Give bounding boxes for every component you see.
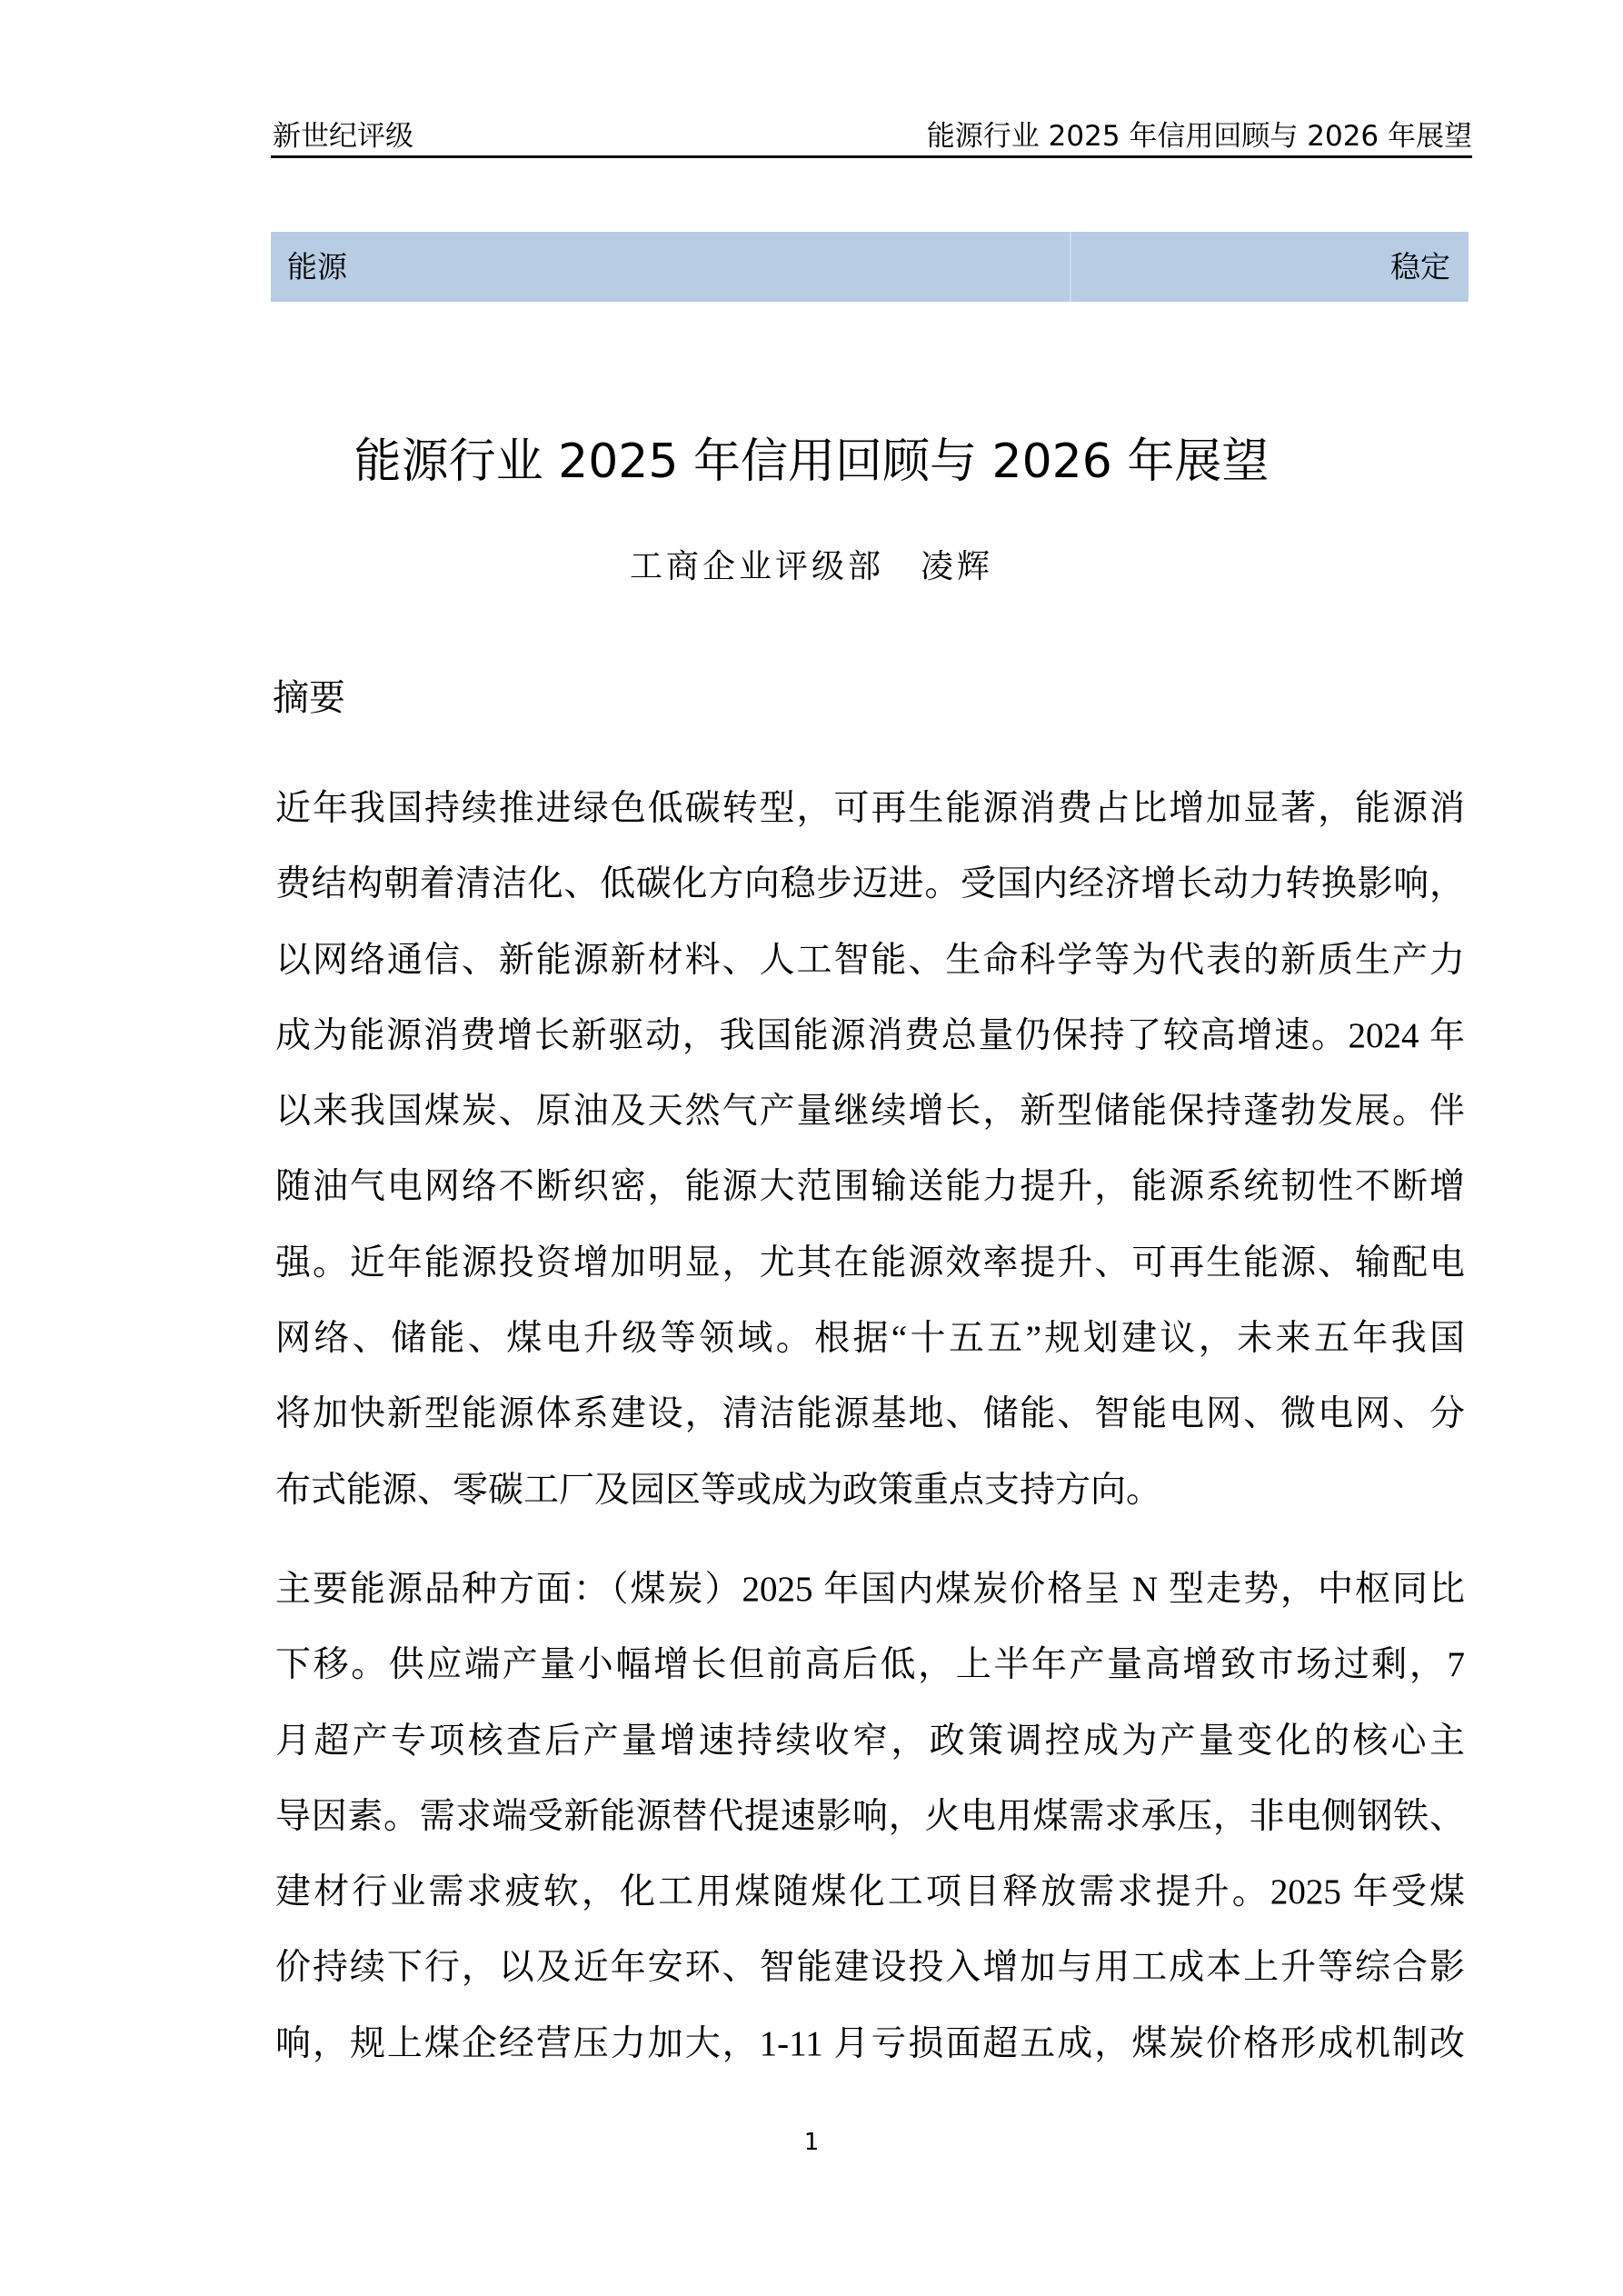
text-line: 建材行业需求疲软，化工用煤随煤化工项目释放需求提升。2025 年受煤	[275, 1854, 1465, 1930]
text-line: 强。近年能源投资增加明显，尤其在能源效率提升、可再生能源、输配电	[275, 1225, 1465, 1301]
publisher-name: 新世纪评级	[273, 116, 413, 156]
page-number: 1	[0, 2127, 1623, 2158]
text-line: 响，规上煤企经营压力加大，1-11 月亏损面超五成，煤炭价格形成机制改	[275, 2006, 1465, 2081]
text-line: 月超产专项核查后产量增速持续收窄，政策调控成为产量变化的核心主	[275, 1703, 1465, 1779]
text-line: 网络、储能、煤电升级等领域。根据“十五五”规划建议，未来五年我国	[275, 1301, 1465, 1376]
sector-label: 能源	[287, 232, 347, 302]
text-line: 近年我国持续推进绿色低碳转型，可再生能源消费占比增加显著，能源消	[275, 771, 1465, 846]
band-divider	[1070, 232, 1071, 302]
document-title: 能源行业 2025 年信用回顾与 2026 年展望	[0, 434, 1623, 489]
section-heading: 摘要	[273, 676, 345, 720]
text-line: 以网络通信、新能源新材料、人工智能、生命科学等为代表的新质生产力	[275, 923, 1465, 998]
text-line: 布式能源、零碳工厂及园区等或成为政策重点支持方向。	[275, 1452, 1465, 1528]
text-line: 费结构朝着清洁化、低碳化方向稳步迈进。受国内经济增长动力转换影响，	[275, 846, 1465, 922]
document-author: 工商企业评级部凌辉	[0, 545, 1623, 587]
text-line: 导因素。需求端受新能源替代提速影响，火电用煤需求承压，非电侧钢铁、	[275, 1779, 1465, 1854]
author-name: 凌辉	[921, 548, 993, 584]
text-line: 主要能源品种方面：（煤炭）2025 年国内煤炭价格呈 N 型走势，中枢同比	[275, 1552, 1465, 1627]
running-header-title: 能源行业 2025 年信用回顾与 2026 年展望	[927, 116, 1472, 156]
text-line: 随油气电网络不断织密，能源大范围输送能力提升，能源系统韧性不断增	[275, 1149, 1465, 1224]
text-line: 价持续下行，以及近年安环、智能建设投入增加与用工成本上升等综合影	[275, 1930, 1465, 2005]
paragraph-summary: 近年我国持续推进绿色低碳转型，可再生能源消费占比增加显著，能源消 费结构朝着清洁…	[275, 771, 1465, 1528]
text-line: 下移。供应端产量小幅增长但前高后低，上半年产量高增致市场过剩，7	[275, 1627, 1465, 1702]
category-band: 能源 稳定	[271, 232, 1469, 302]
running-header: 新世纪评级 能源行业 2025 年信用回顾与 2026 年展望	[271, 116, 1472, 156]
text-line: 成为能源消费增长新驱动，我国能源消费总量仍保持了较高增速。2024 年	[275, 998, 1465, 1073]
outlook-label: 稳定	[1390, 232, 1450, 302]
text-line: 以来我国煤炭、原油及天然气产量继续增长，新型储能保持蓬勃发展。伴	[275, 1073, 1465, 1149]
paragraph-energy-types: 主要能源品种方面：（煤炭）2025 年国内煤炭价格呈 N 型走势，中枢同比 下移…	[275, 1552, 1465, 2081]
text-line: 将加快新型能源体系建设，清洁能源基地、储能、智能电网、微电网、分	[275, 1376, 1465, 1452]
author-department: 工商企业评级部	[630, 548, 884, 584]
header-rule	[271, 155, 1472, 158]
